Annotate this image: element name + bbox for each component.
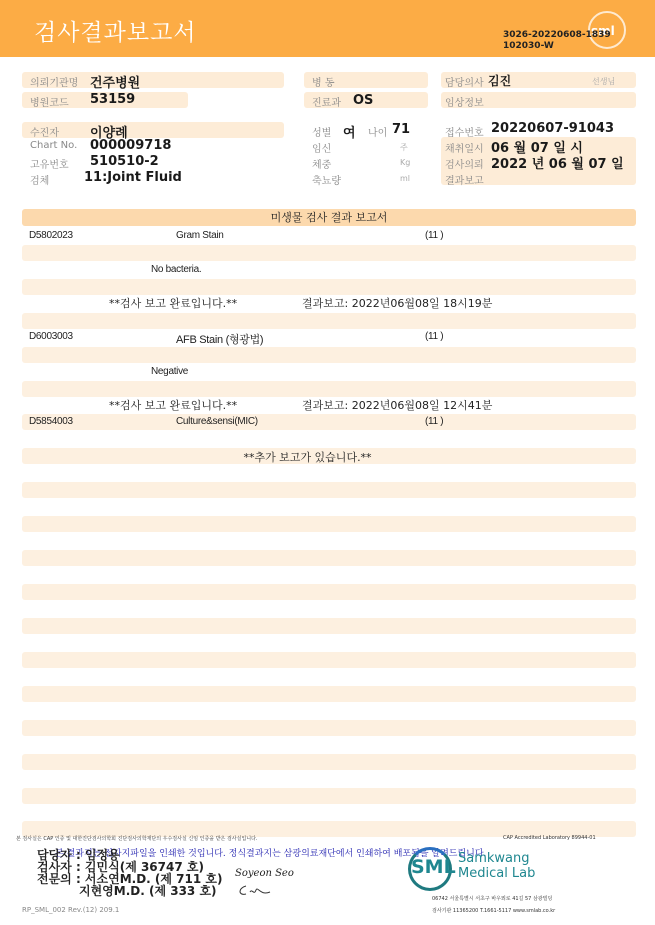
report-title: 검사결과보고서 (34, 14, 197, 47)
test-reported: 결과보고: 2022년06월08일 12시41분 (302, 397, 492, 413)
chart-label: Chart No. (30, 140, 77, 151)
unique-no-value: 510510-2 (90, 154, 159, 169)
test-specimen: (11 ) (425, 416, 443, 427)
request-label: 검사의뢰 (445, 156, 484, 171)
patient-label: 수진자 (30, 124, 59, 139)
urine-unit: ml (400, 174, 410, 183)
row-stripe (22, 550, 636, 566)
dept-label: 진료과 (312, 94, 341, 109)
row-stripe (22, 482, 636, 498)
specimen-value: 11:Joint Fluid (84, 170, 182, 185)
test-result: Negative (151, 366, 188, 377)
test-status: **검사 보고 완료입니다.** (109, 397, 237, 413)
specimen-label: 검체 (30, 172, 49, 187)
row-stripe (22, 754, 636, 770)
test-name: Gram Stain (176, 230, 224, 241)
test-code: D5854003 (29, 416, 73, 427)
hospital-code-value: 53159 (90, 92, 135, 107)
doctor-suffix: 선생님 (592, 76, 615, 87)
receipt-value: 20220607-91043 (491, 121, 614, 136)
institution-value: 건주병원 (90, 72, 140, 91)
signature-2-icon (236, 882, 274, 898)
lab-contact: 검사기관 11365200 T.1661-5117 www.smlab.co.k… (432, 905, 555, 917)
additional-report-note: **추가 보고가 있습니다.** (0, 449, 615, 465)
sex-label: 성별 (312, 124, 331, 139)
document-id: 3026-20220608-1839 102030-W (503, 30, 611, 52)
row-stripe (22, 652, 636, 668)
signature-1: Soyeon Seo (235, 868, 294, 879)
row-stripe (22, 381, 636, 397)
row-stripe (22, 516, 636, 532)
doctor-value: 김진 (488, 72, 511, 89)
row-stripe (22, 720, 636, 736)
institution-label: 의뢰기관명 (30, 74, 78, 89)
test-specimen: (11 ) (425, 230, 443, 241)
weight-label: 체중 (312, 156, 331, 171)
test-reported: 결과보고: 2022년06월08일 18시19분 (302, 295, 492, 311)
test-name: Culture&sensi(MIC) (176, 416, 258, 427)
weight-unit: Kg (400, 158, 410, 167)
test-code: D6003003 (29, 331, 73, 342)
lab-address: 06742 서울특별시 서초구 바우뫼로 41길 57 삼광빌딩 (432, 893, 555, 905)
dept-value: OS (353, 93, 373, 108)
urine-label: 축뇨량 (312, 172, 341, 187)
ward-label: 병 동 (312, 74, 335, 89)
cap-accreditation: CAP Accredited Laboratory 89944-01 (503, 835, 596, 841)
test-specimen: (11 ) (425, 331, 443, 342)
row-stripe (22, 347, 636, 363)
test-code: D5802023 (29, 230, 73, 241)
row-stripe (22, 686, 636, 702)
row-stripe (22, 279, 636, 295)
patient-band (22, 122, 284, 138)
row-stripe (22, 414, 636, 430)
chart-value: 000009718 (90, 138, 171, 153)
row-stripe (22, 584, 636, 600)
test-name: AFB Stain (형광법) (176, 331, 263, 347)
section-title: 미생물 검사 결과 보고서 (22, 209, 636, 226)
doc-id-line2: 102030-W (503, 41, 611, 52)
doc-id-line1: 3026-20220608-1839 (503, 30, 611, 41)
doctor-label: 담당의사 (445, 74, 484, 89)
form-code: RP_SML_002 Rev.(12) 209.1 (22, 906, 119, 914)
unique-no-label: 고유번호 (30, 156, 69, 171)
pregnancy-unit: 주 (400, 142, 408, 153)
report-date-label: 결과보고 (445, 172, 484, 187)
sml-logo-text: SML (411, 856, 456, 878)
test-result: No bacteria. (151, 264, 201, 275)
age-value: 71 (392, 122, 410, 137)
row-stripe (22, 313, 636, 329)
row-stripe (22, 618, 636, 634)
disclaimer: 본 검사실은 CAP 인증 및 대한진단검사의학회 진단검사의학재단의 우수검사… (16, 835, 258, 842)
lab-name-1: Samkwang (458, 851, 535, 866)
row-stripe (22, 788, 636, 804)
lab-address-block: 06742 서울특별시 서초구 바우뫼로 41길 57 삼광빌딩 검사기관 11… (432, 893, 555, 917)
collect-label: 채취일시 (445, 140, 484, 155)
clinical-label: 임상정보 (445, 94, 484, 109)
specialist-2: 지현영M.D. (제 333 호) (79, 885, 217, 898)
sex-value: 여 (343, 122, 356, 141)
request-value: 2022 년 06 월 07 일 (491, 153, 624, 172)
hospital-code-label: 병원코드 (30, 94, 69, 109)
age-label: 나이 (368, 124, 387, 139)
test-status: **검사 보고 완료입니다.** (109, 295, 237, 311)
pregnancy-label: 임신 (312, 140, 331, 155)
lab-name: Samkwang Medical Lab (458, 851, 535, 881)
lab-name-2: Medical Lab (458, 866, 535, 881)
row-stripe (22, 245, 636, 261)
